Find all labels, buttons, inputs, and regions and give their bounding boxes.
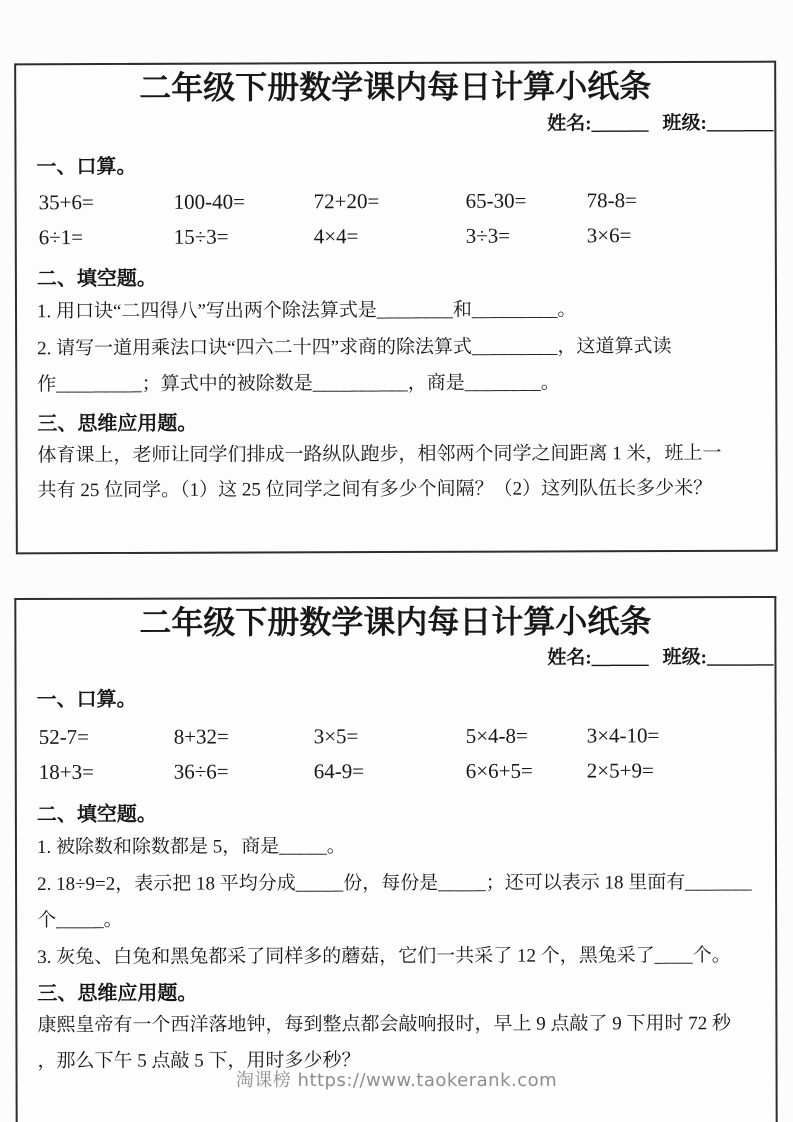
section-header-fill: 二、填空题。 xyxy=(17,264,775,293)
name-field: 姓名:______ xyxy=(547,113,648,134)
class-field: 班级:_______ xyxy=(663,647,774,668)
math-expression: 3×6= xyxy=(587,218,775,254)
word-problem-line: 共有 25 位同学。（1）这 25 位同学之间有多少个间隔？（2）这列队伍长多少… xyxy=(18,472,776,508)
math-expression: 100-40= xyxy=(174,184,314,219)
class-field: 班级:_______ xyxy=(662,113,773,134)
section-header-fill: 二、填空题。 xyxy=(17,800,775,828)
worksheet-title: 二年级下册数学课内每日计算小纸条 xyxy=(16,66,774,109)
section-header-oral: 一、口算。 xyxy=(16,152,774,181)
math-expression: 8+32= xyxy=(174,719,314,754)
word-problem-line: 体育课上，老师让同学们排成一路纵队跑步，相邻两个同学之间距离 1 米，班上一 xyxy=(17,436,775,472)
student-info-row: 姓名:______班级:_______ xyxy=(16,111,774,140)
fill-blank-line: 1. 用口诀“二四得八”写出两个除法算式是________和_________。 xyxy=(17,293,775,329)
math-expression: 18+3= xyxy=(39,755,174,790)
fill-blank-line: 1. 被除数和除数都是 5，商是_____。 xyxy=(17,829,775,864)
word-problem-line: 康熙皇帝有一个西洋落地钟，每到整点都会敲响报时，早上 9 点敲了 9 下用时 7… xyxy=(17,1007,775,1042)
section-header-think: 三、思维应用题。 xyxy=(17,979,775,1007)
fill-blank-line: 作_________；算式中的被除数是__________，商是________… xyxy=(17,366,775,402)
math-expression: 6×6+5= xyxy=(466,754,587,789)
math-expression: 36÷6= xyxy=(174,754,314,789)
math-expression: 6÷1= xyxy=(39,220,174,255)
worksheet-card-2: 二年级下册数学课内每日计算小纸条 姓名:______班级:_______ 一、口… xyxy=(14,596,777,1122)
math-expression: 72+20= xyxy=(314,184,466,220)
fill-blank-line: 2. 请写一道用乘法口诀“四六二十四”求商的除法算式_________，这道算式… xyxy=(17,329,775,365)
math-expression: 4×4= xyxy=(314,219,466,255)
oral-row: 52-7= 8+32= 3×5= 5×4-8= 3×4-10= xyxy=(17,718,775,755)
worksheet-title: 二年级下册数学课内每日计算小纸条 xyxy=(16,601,774,643)
worksheet-card-1: 二年级下册数学课内每日计算小纸条 姓名:______班级:_______ 一、口… xyxy=(14,61,778,555)
math-expression: 5×4-8= xyxy=(466,719,587,754)
math-expression: 78-8= xyxy=(587,183,775,219)
math-expression: 15÷3= xyxy=(174,219,314,254)
math-expression: 52-7= xyxy=(39,720,174,755)
section-header-think: 三、思维应用题。 xyxy=(17,408,775,437)
math-expression: 3×4-10= xyxy=(587,718,775,753)
oral-row: 6÷1= 15÷3= 4×4= 3÷3= 3×6= xyxy=(17,218,775,256)
oral-row: 35+6= 100-40= 72+20= 65-30= 78-8= xyxy=(17,183,775,221)
math-expression: 64-9= xyxy=(314,754,466,789)
name-field: 姓名:______ xyxy=(547,647,648,668)
student-info-row: 姓名:______班级:_______ xyxy=(16,645,774,673)
math-expression: 3÷3= xyxy=(466,218,587,253)
math-expression: 3×5= xyxy=(314,719,466,754)
oral-row: 18+3= 36÷6= 64-9= 6×6+5= 2×5+9= xyxy=(17,753,775,790)
fill-blank-line: 个_____。 xyxy=(17,902,775,937)
section-header-oral: 一、口算。 xyxy=(17,685,775,713)
fill-blank-line: 2. 18÷9=2，表示把 18 平均分成_____份，每份是_____；还可以… xyxy=(17,866,775,901)
math-expression: 2×5+9= xyxy=(587,753,775,788)
fill-blank-line: 3. 灰兔、白兔和黑兔都采了同样多的蘑菇，它们一共采了 12 个，黑兔采了___… xyxy=(17,939,775,974)
math-expression: 35+6= xyxy=(39,185,174,220)
math-expression: 65-30= xyxy=(466,183,587,218)
watermark-text: 淘课榜 https://www.taokerank.com xyxy=(0,1066,793,1092)
